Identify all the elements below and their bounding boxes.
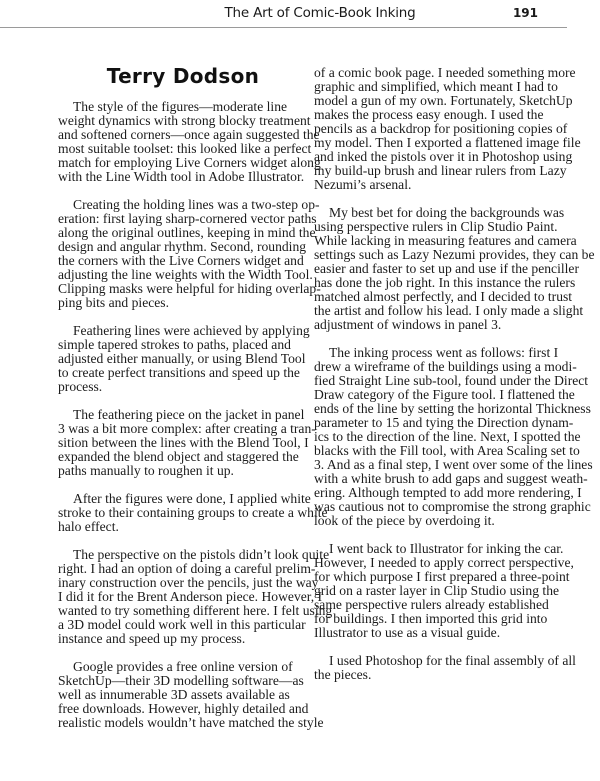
text-line: However, I needed to apply correct persp… <box>314 556 576 570</box>
text-line: My best bet for doing the backgrounds wa… <box>314 206 576 220</box>
text-line: with a white brush to add gaps and sugge… <box>314 472 576 486</box>
text-line: Illustrator to use as a visual guide. <box>314 626 576 640</box>
paragraph: Creating the holding lines was a two-ste… <box>58 198 308 310</box>
text-line: Creating the holding lines was a two-ste… <box>58 198 308 212</box>
text-line: of a comic book page. I needed something… <box>314 66 576 80</box>
paragraph: of a comic book page. I needed something… <box>314 66 576 192</box>
text-line: settings such as Lazy Nezumi provides, t… <box>314 248 576 262</box>
text-line: free downloads. However, highly detailed… <box>58 702 308 716</box>
text-line: makes the process easy enough. I used th… <box>314 108 576 122</box>
text-line: SketchUp—their 3D modelling software—as <box>58 674 308 688</box>
text-line: halo effect. <box>58 520 308 534</box>
text-line: I did it for the Brent Anderson piece. H… <box>58 590 308 604</box>
text-line: for buildings. I then imported this grid… <box>314 612 576 626</box>
text-line: the corners with the Live Corners widget… <box>58 254 308 268</box>
paragraph: Google provides a free online version of… <box>58 660 308 730</box>
text-line: most suitable toolset: this looked like … <box>58 142 308 156</box>
text-line: well as innumerable 3D assets available … <box>58 688 308 702</box>
text-line: I used Photoshop for the final assembly … <box>314 654 576 668</box>
text-line: adjustment of windows in panel 3. <box>314 318 576 332</box>
text-line: The style of the figures—moderate line <box>58 100 308 114</box>
text-line: graphic and simplified, which meant I ha… <box>314 80 576 94</box>
text-line: a 3D model could work well in this parti… <box>58 618 308 632</box>
text-line: ping bits and pieces. <box>58 296 308 310</box>
text-line: 3. And as a final step, I went over some… <box>314 458 576 472</box>
paragraph: The style of the figures—moderate linewe… <box>58 100 308 184</box>
text-line: Feathering lines were achieved by applyi… <box>58 324 308 338</box>
paragraph: The feathering piece on the jacket in pa… <box>58 408 308 478</box>
text-line: design and angular rhythm. Second, round… <box>58 240 308 254</box>
left-column: Terry Dodson The style of the figures—mo… <box>58 60 308 744</box>
text-line: ics to the direction of the line. Next, … <box>314 430 576 444</box>
text-line: parameter to 15 and tying the Direction … <box>314 416 576 430</box>
text-line: for which purpose I first prepared a thr… <box>314 570 576 584</box>
text-line: The feathering piece on the jacket in pa… <box>58 408 308 422</box>
paragraph: The perspective on the pistols didn’t lo… <box>58 548 308 646</box>
text-line: using perspective rulers in Clip Studio … <box>314 220 576 234</box>
paragraph: After the figures were done, I applied w… <box>58 492 308 534</box>
text-line: matched almost perfectly, and I decided … <box>314 290 576 304</box>
text-line: I went back to Illustrator for inking th… <box>314 542 576 556</box>
text-line: process. <box>58 380 308 394</box>
text-line: Nezumi’s arsenal. <box>314 178 576 192</box>
text-line: inary construction over the pencils, jus… <box>58 576 308 590</box>
page-number: 191 <box>513 6 538 20</box>
paragraph: The inking process went as follows: firs… <box>314 346 576 528</box>
text-line: match for employing Live Corners widget … <box>58 156 308 170</box>
left-column-body: The style of the figures—moderate linewe… <box>58 100 308 730</box>
paragraph: Feathering lines were achieved by applyi… <box>58 324 308 394</box>
text-line: weight dynamics with strong blocky treat… <box>58 114 308 128</box>
text-line: Clipping masks were helpful for hiding o… <box>58 282 308 296</box>
text-line: ends of the line by setting the horizont… <box>314 402 576 416</box>
text-line: wanted to try something different here. … <box>58 604 308 618</box>
text-line: right. I had an option of doing a carefu… <box>58 562 308 576</box>
text-line: was cautious not to compromise the stron… <box>314 500 576 514</box>
text-line: and inked the pistols over it in Photosh… <box>314 150 576 164</box>
text-line: adjusted either manually, or using Blend… <box>58 352 308 366</box>
text-line: same perspective rulers already establis… <box>314 598 576 612</box>
running-title: The Art of Comic-Book Inking <box>0 5 600 21</box>
text-line: paths manually to roughen it up. <box>58 464 308 478</box>
text-line: look of the piece by overdoing it. <box>314 514 576 528</box>
text-line: stroke to their containing groups to cre… <box>58 506 308 520</box>
text-line: easier and faster to set up and use if t… <box>314 262 576 276</box>
article-title: Terry Dodson <box>58 64 308 90</box>
text-line: The perspective on the pistols didn’t lo… <box>58 548 308 562</box>
text-line: realistic models wouldn’t have matched t… <box>58 716 308 730</box>
text-line: simple tapered strokes to paths, placed … <box>58 338 308 352</box>
text-line: blacks with the Fill tool, with Area Sca… <box>314 444 576 458</box>
text-line: fied Straight Line sub-tool, found under… <box>314 374 576 388</box>
text-line: along the original outlines, keeping in … <box>58 226 308 240</box>
text-line: model a gun of my own. Fortunately, Sket… <box>314 94 576 108</box>
text-line: grid on a raster layer in Clip Studio us… <box>314 584 576 598</box>
text-line: 3 was a bit more complex: after creating… <box>58 422 308 436</box>
right-column-body: of a comic book page. I needed something… <box>314 66 576 682</box>
text-line: After the figures were done, I applied w… <box>58 492 308 506</box>
text-line: ering. Although tempted to add more rend… <box>314 486 576 500</box>
paragraph: My best bet for doing the backgrounds wa… <box>314 206 576 332</box>
text-line: drew a wireframe of the buildings using … <box>314 360 576 374</box>
text-line: my model. Then I exported a flattened im… <box>314 136 576 150</box>
right-column: of a comic book page. I needed something… <box>314 66 576 696</box>
text-line: Google provides a free online version of <box>58 660 308 674</box>
text-line: eration: first laying sharp-cornered vec… <box>58 212 308 226</box>
text-line: pencils as a backdrop for positioning co… <box>314 122 576 136</box>
paragraph: I went back to Illustrator for inking th… <box>314 542 576 640</box>
header-divider <box>0 27 567 28</box>
text-line: has done the job right. In this instance… <box>314 276 576 290</box>
text-line: to create perfect transitions and speed … <box>58 366 308 380</box>
text-line: expanded the blend object and staggered … <box>58 450 308 464</box>
text-line: sition between the lines with the Blend … <box>58 436 308 450</box>
text-line: The inking process went as follows: firs… <box>314 346 576 360</box>
text-line: the pieces. <box>314 668 576 682</box>
text-line: and softened corners—once again suggeste… <box>58 128 308 142</box>
paragraph: I used Photoshop for the final assembly … <box>314 654 576 682</box>
text-line: with the Line Width tool in Adobe Illust… <box>58 170 308 184</box>
text-line: instance and speed up my process. <box>58 632 308 646</box>
text-line: While lacking in measuring features and … <box>314 234 576 248</box>
text-line: the artist and follow his lead. I only m… <box>314 304 576 318</box>
text-line: my build-up brush and linear rulers from… <box>314 164 576 178</box>
text-line: Draw category of the Figure tool. I flat… <box>314 388 576 402</box>
page-header: The Art of Comic-Book Inking 191 <box>0 0 600 30</box>
text-line: adjusting the line weights with the Widt… <box>58 268 308 282</box>
